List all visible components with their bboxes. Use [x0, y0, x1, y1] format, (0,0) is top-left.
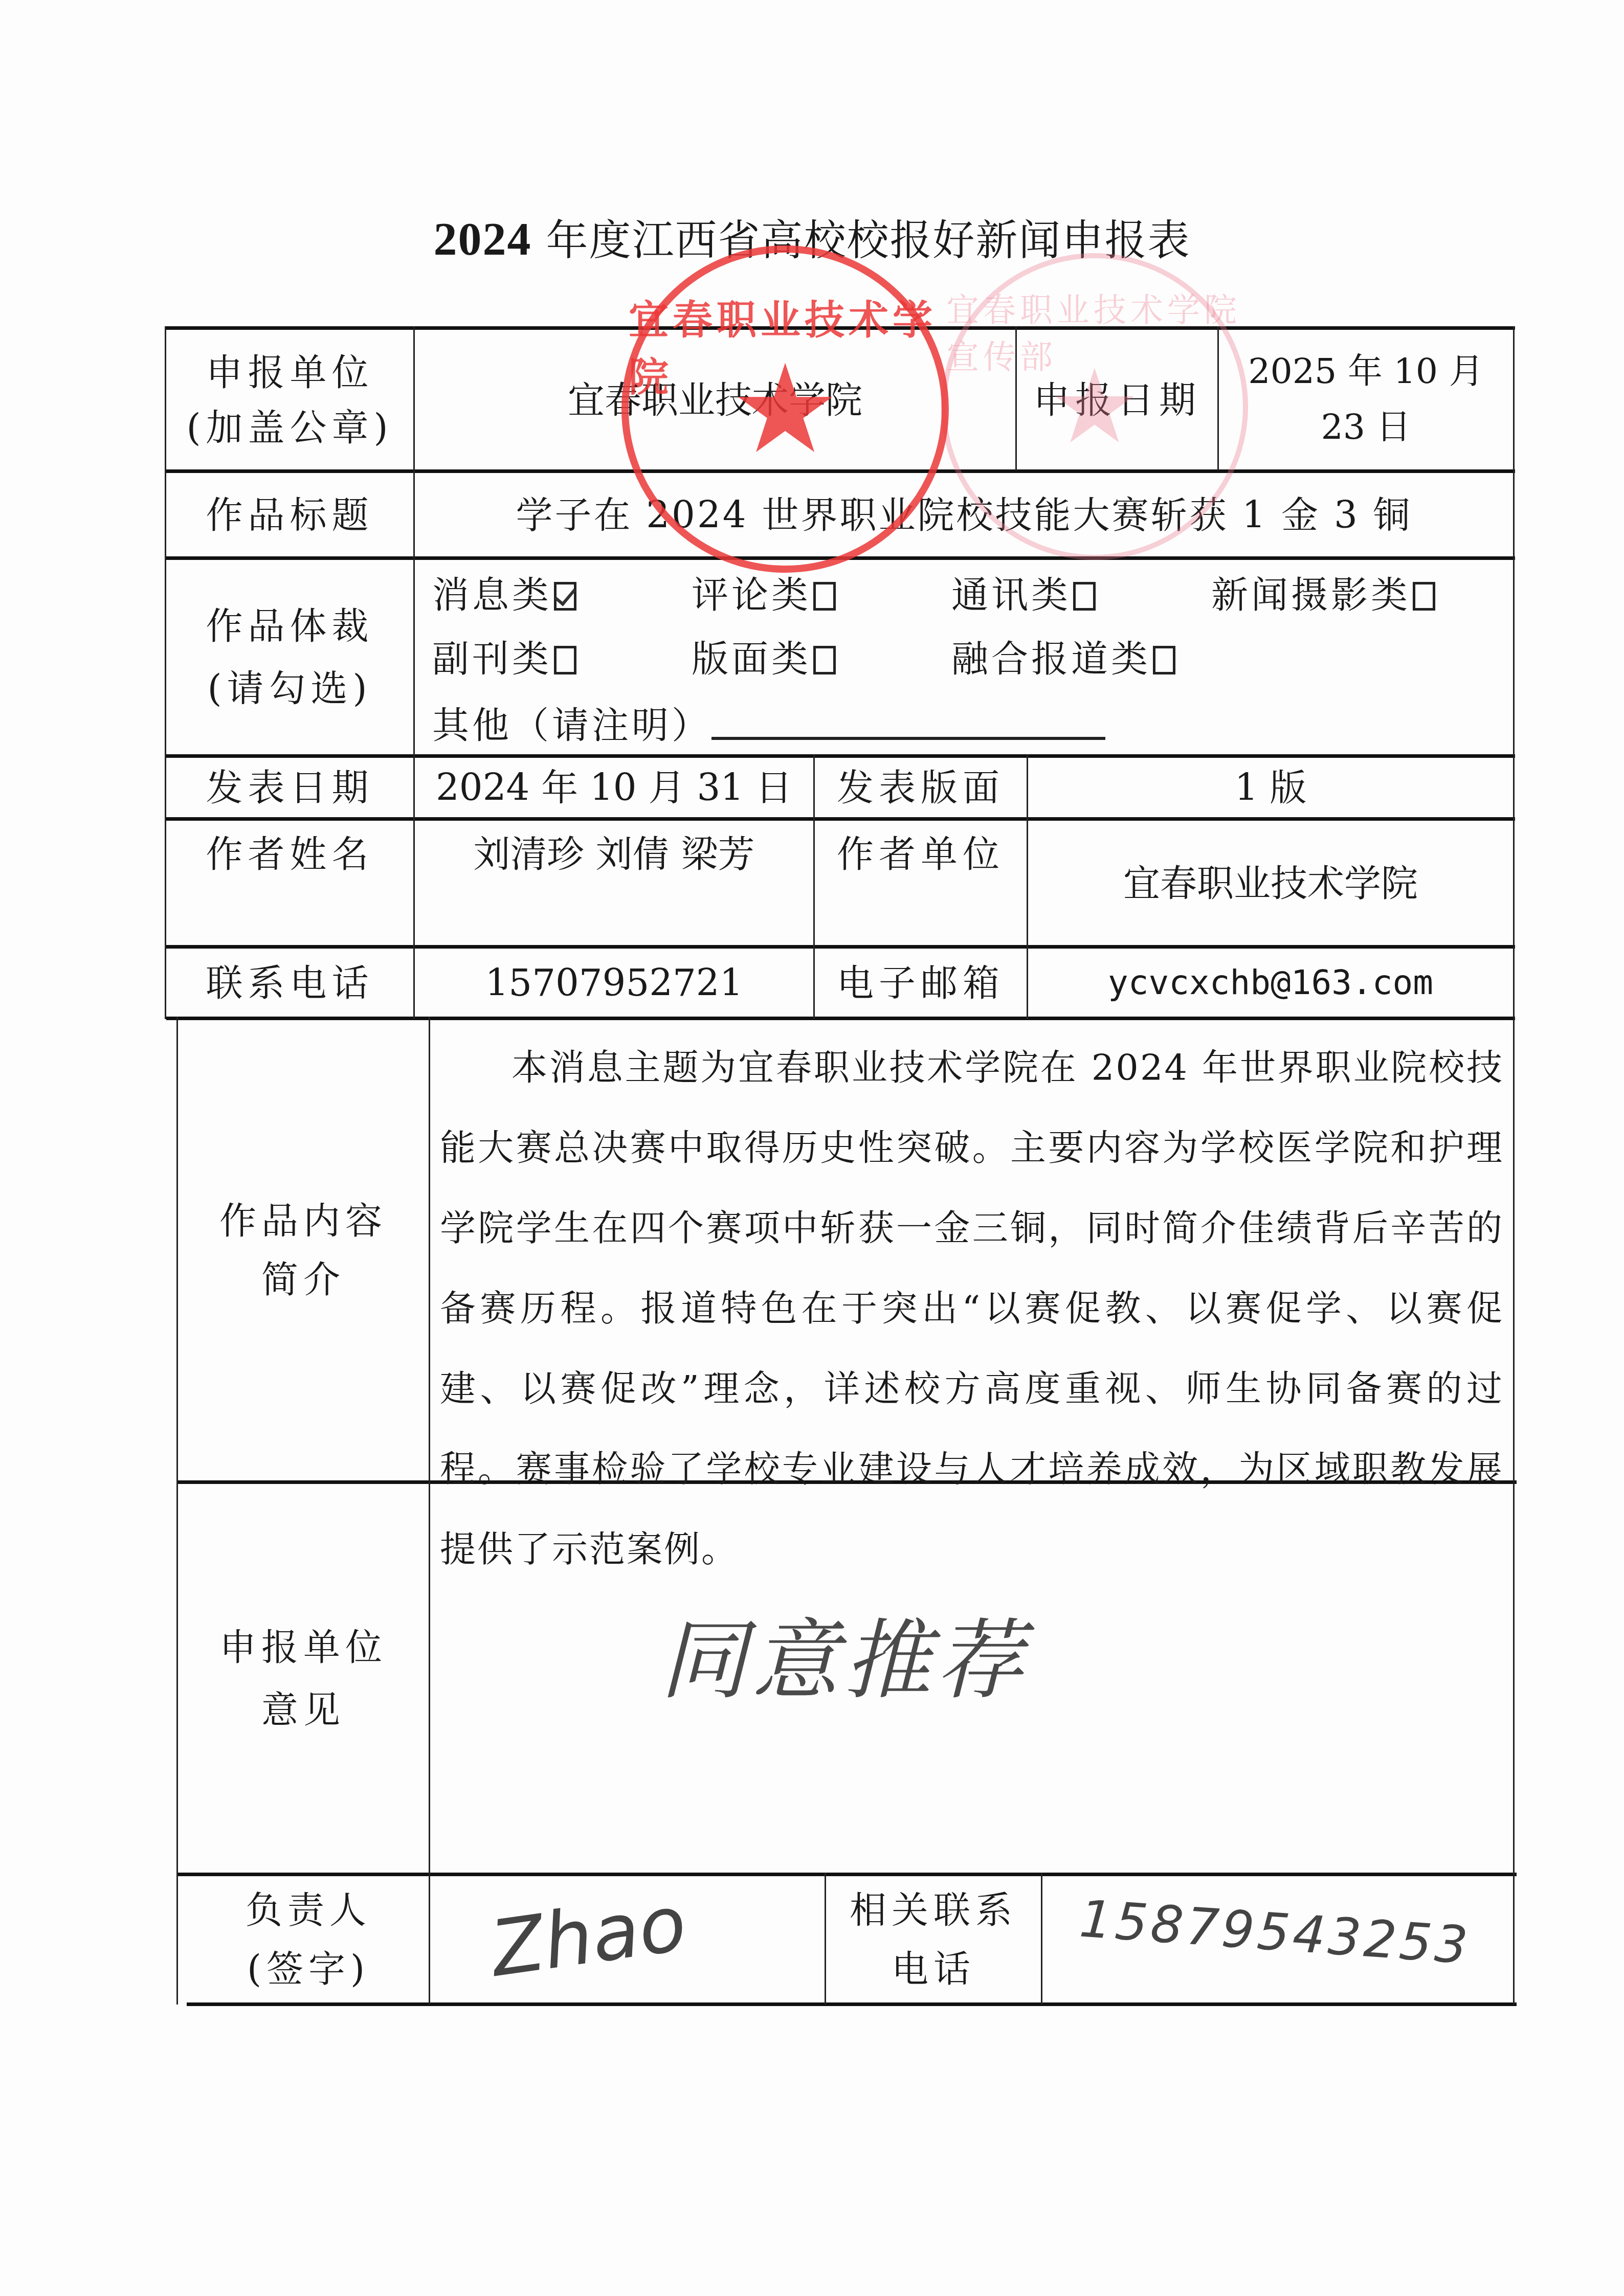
- cell-divider: [1041, 1873, 1042, 2005]
- value-text: 23 日: [1321, 400, 1411, 456]
- document-title: 2024 年度江西省高校校报好新闻申报表: [0, 207, 1624, 267]
- label-text: 作品体裁: [206, 595, 373, 657]
- email-value[interactable]: ycvcxchb@163.com: [1028, 949, 1513, 1017]
- phone-label: 联系电话: [166, 949, 413, 1017]
- unit-opinion-label: 申报单位 意见: [178, 1484, 429, 1873]
- value-text: 宜春职业技术学院: [568, 372, 862, 427]
- row-divider: [176, 1873, 1517, 1876]
- genre-option-multimedia[interactable]: 融合报道类: [951, 629, 1175, 682]
- publish-page-label: 发表版面: [815, 758, 1027, 817]
- option-label: 融合报道类: [951, 637, 1151, 680]
- responsible-label: 负责人 (签字): [188, 1877, 429, 2002]
- genre-option-photo[interactable]: 新闻摄影类: [1211, 565, 1435, 618]
- checkbox-icon[interactable]: [813, 582, 836, 611]
- email-label: 电子邮箱: [815, 949, 1027, 1017]
- label-column-divider: [429, 1017, 430, 2005]
- related-phone-handwritten[interactable]: 15879543253: [1078, 1888, 1473, 1975]
- genre-option-supplement[interactable]: 副刊类: [432, 629, 576, 682]
- option-label: 其他（请注明）: [432, 704, 711, 747]
- summary-text[interactable]: 本消息主题为宜春职业技术学院在 2024 年世界职业院校技能大赛总决赛中取得历史…: [440, 1028, 1504, 1590]
- apply-date-label: 申报日期: [1017, 330, 1217, 469]
- work-title-value[interactable]: 学子在 2024 世界职业院校技能大赛斩获 1 金 3 铜: [415, 473, 1513, 556]
- publish-date-value[interactable]: 2024 年 10 月 31 日: [415, 758, 813, 817]
- table-border-right: [1513, 326, 1515, 2005]
- option-label: 新闻摄影类: [1211, 573, 1411, 616]
- author-unit-label: 作者单位: [815, 821, 1027, 887]
- label-text: 意见: [261, 1678, 345, 1741]
- checkbox-icon[interactable]: [554, 646, 576, 674]
- genre-option-feature[interactable]: 通讯类: [951, 565, 1096, 618]
- responsible-signature[interactable]: Zhao: [486, 1879, 692, 1994]
- row-divider: [165, 556, 1515, 560]
- label-text: 作品内容: [219, 1191, 387, 1250]
- label-text: 申报日期: [1033, 372, 1201, 427]
- value-text: 1 版: [1235, 760, 1307, 815]
- row-divider: [166, 1017, 1515, 1020]
- value-text: 学子在 2024 世界职业院校技能大赛斩获 1 金 3 铜: [516, 487, 1412, 543]
- value-text: 2024 年 10 月 31 日: [436, 760, 792, 815]
- row-divider: [165, 469, 1515, 473]
- checkbox-checked-icon[interactable]: [554, 582, 576, 611]
- label-text: 作者姓名: [206, 826, 373, 882]
- label-text: 作品标题: [206, 487, 373, 543]
- genre-option-layout[interactable]: 版面类: [692, 629, 836, 682]
- title-year: 2024: [433, 213, 531, 265]
- phone-value[interactable]: 15707952721: [415, 949, 813, 1017]
- row-divider: [166, 754, 1515, 758]
- author-unit-value[interactable]: 宜春职业技术学院: [1028, 821, 1513, 945]
- other-genre-input[interactable]: [711, 711, 1105, 740]
- option-label: 版面类: [692, 637, 811, 680]
- checkbox-icon[interactable]: [1073, 582, 1096, 611]
- label-text: 联系电话: [206, 955, 373, 1010]
- label-text: 简介: [261, 1250, 345, 1309]
- label-text: 电话: [892, 1940, 975, 1998]
- label-text: 发表日期: [206, 760, 373, 815]
- publish-date-label: 发表日期: [166, 758, 413, 817]
- value-text: 2025 年 10 月: [1248, 344, 1483, 400]
- label-text: 电子邮箱: [837, 955, 1005, 1010]
- checkbox-icon[interactable]: [813, 646, 836, 674]
- value-text: ycvcxchb@163.com: [1108, 957, 1433, 1008]
- unit-opinion-handwritten[interactable]: 同意推荐: [660, 1590, 1028, 1716]
- summary-label: 作品内容 简介: [178, 1020, 429, 1480]
- label-text: (请勾选): [207, 657, 372, 719]
- applicant-unit-value[interactable]: 宜春职业技术学院: [415, 330, 1015, 469]
- publish-page-value[interactable]: 1 版: [1028, 758, 1513, 817]
- label-text: (加盖公章): [186, 400, 393, 455]
- label-text: 发表版面: [837, 760, 1005, 815]
- value-text: 刘清珍 刘倩 梁芳: [474, 826, 755, 882]
- value-text: 15707952721: [485, 955, 743, 1010]
- genre-option-commentary[interactable]: 评论类: [692, 565, 836, 618]
- related-phone-label: 相关联系 电话: [826, 1877, 1041, 2002]
- genre-option-other[interactable]: 其他（请注明）: [432, 695, 1105, 749]
- option-label: 通讯类: [951, 573, 1071, 616]
- checkbox-icon[interactable]: [1153, 646, 1175, 674]
- checkbox-icon[interactable]: [1413, 582, 1435, 611]
- value-text: 宜春职业技术学院: [1123, 856, 1418, 911]
- title-text: 年度江西省高校校报好新闻申报表: [546, 216, 1191, 265]
- genre-label: 作品体裁 (请勾选): [166, 560, 413, 754]
- author-name-value[interactable]: 刘清珍 刘倩 梁芳: [415, 821, 813, 887]
- row-divider: [187, 2002, 1517, 2006]
- label-text: 负责人: [246, 1881, 371, 1940]
- label-text: 申报单位: [206, 345, 373, 400]
- genre-option-news[interactable]: 消息类: [432, 565, 576, 618]
- option-label: 评论类: [692, 573, 811, 616]
- row-divider: [166, 945, 1515, 949]
- row-divider: [166, 817, 1515, 821]
- label-text: (签字): [247, 1940, 370, 1998]
- row-divider: [165, 326, 1515, 330]
- label-text: 相关联系: [850, 1881, 1017, 1940]
- option-label: 副刊类: [432, 637, 552, 680]
- label-text: 申报单位: [219, 1616, 387, 1678]
- applicant-unit-label: 申报单位 (加盖公章): [166, 330, 413, 469]
- work-title-label: 作品标题: [166, 473, 413, 556]
- option-label: 消息类: [432, 573, 552, 616]
- label-text: 作者单位: [837, 826, 1005, 882]
- author-name-label: 作者姓名: [166, 821, 413, 887]
- apply-date-value[interactable]: 2025 年 10 月 23 日: [1219, 330, 1513, 469]
